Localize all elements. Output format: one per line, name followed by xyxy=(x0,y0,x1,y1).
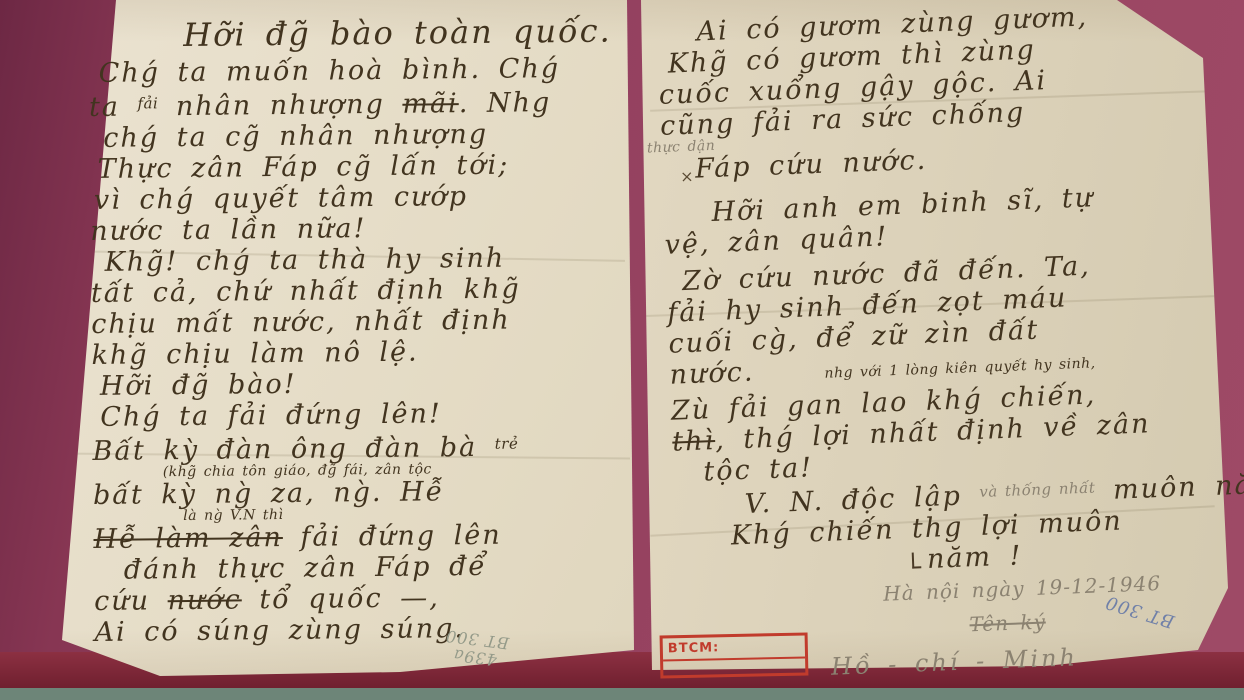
btcm-archive-stamp: BTCM: xyxy=(660,632,809,678)
manuscript-text: khg̃ chịu làm nô lệ. xyxy=(91,337,418,371)
manuscript-text: Tên ký xyxy=(969,609,1046,636)
shelf-top-surface xyxy=(0,688,1244,700)
manuscript-text: Hễ làm zân xyxy=(93,522,283,555)
manuscript-line: Hỡi đg̃ bào toàn quốc. xyxy=(183,8,636,57)
right-page-text: Ai có gươm zùng gươm,Khg̃ có gươm thì zù… xyxy=(656,0,1244,693)
manuscript-text: tất cả, chứ nhất định khg̃ xyxy=(91,273,521,308)
manuscript-text: chǵ ta cg̃ nhân nhượng xyxy=(103,119,488,154)
manuscript-text: muôn năm! xyxy=(1095,468,1244,507)
manuscript-text: ta xyxy=(89,91,138,123)
manuscript-text: fải xyxy=(137,94,158,112)
manuscript-text: Hỡi đg̃ bào toàn quốc. xyxy=(183,12,612,54)
manuscript-text: tộc ta! xyxy=(703,452,814,487)
manuscript-text: và thống nhất xyxy=(979,478,1096,500)
manuscript-text: mãi xyxy=(402,88,459,120)
manuscript-text: nước ta lần nữa! xyxy=(90,213,366,247)
manuscript-text: bất kỳ ng̀ za, ng̀. Hễ xyxy=(93,476,445,511)
manuscript-text: Chǵ ta fải đứng lên! xyxy=(100,398,442,433)
manuscript-text: năm ! xyxy=(926,540,1023,575)
manuscript-text: nước xyxy=(167,584,241,616)
manuscript-line: Ai có súng zùng súng. xyxy=(94,611,642,648)
manuscript-text: nhg với 1 lòng kiên quyết hy sinh, xyxy=(824,355,1096,381)
manuscript-text: Bất kỳ đàn ông đàn bà xyxy=(92,432,495,467)
manuscript-text: Hồ - chí - Minh xyxy=(830,643,1078,680)
stamp-label: BTCM: xyxy=(668,640,720,656)
manuscript-text: trẻ xyxy=(495,435,519,453)
manuscript-text: Ai có súng zùng súng. xyxy=(94,613,465,648)
manuscript-text: fải đứng lên xyxy=(283,520,502,553)
manuscript-text: thì xyxy=(672,425,716,458)
manuscript-text: vệ, zân quân! xyxy=(664,221,889,261)
manuscript-text: Chǵ ta muốn hoà bình. Chǵ xyxy=(98,53,560,89)
manuscript-text: tổ quốc —, xyxy=(242,582,440,615)
museum-photo-of-manuscript: { "scene": { "description": "Photograph … xyxy=(0,0,1244,700)
manuscript-text: . Nhg xyxy=(459,87,552,119)
manuscript-text: đánh thực zân Fáp để xyxy=(124,551,487,586)
manuscript-text: × xyxy=(680,167,696,187)
manuscript-text: nước. xyxy=(669,356,755,390)
manuscript-text: Thực zân Fáp cg̃ lấn tới; xyxy=(97,150,509,185)
left-page-text: Hỡi đg̃ bào toàn quốc.Chǵ ta muốn hoà bì… xyxy=(88,8,643,648)
manuscript-text: Khg̃! chǵ ta thà hy sinh xyxy=(104,243,505,278)
manuscript-text xyxy=(912,552,922,568)
manuscript-line: Chǵ ta muốn hoà bình. Chǵ xyxy=(98,52,636,89)
manuscript-line: ta fải nhân nhượng mãi. Nhg xyxy=(89,83,637,123)
manuscript-text: nhân nhượng xyxy=(158,89,402,123)
stamp-divider-line xyxy=(663,657,805,662)
manuscript-text: vì chǵ quyết tâm cướp xyxy=(94,181,468,216)
manuscript-text: cứu xyxy=(94,585,168,617)
manuscript-text: Hỡi đg̃ bào! xyxy=(100,369,297,402)
manuscript-line: Bất kỳ đàn ông đàn bà trẻ xyxy=(92,427,640,467)
manuscript-text: chịu mất nước, nhất định xyxy=(91,305,511,340)
